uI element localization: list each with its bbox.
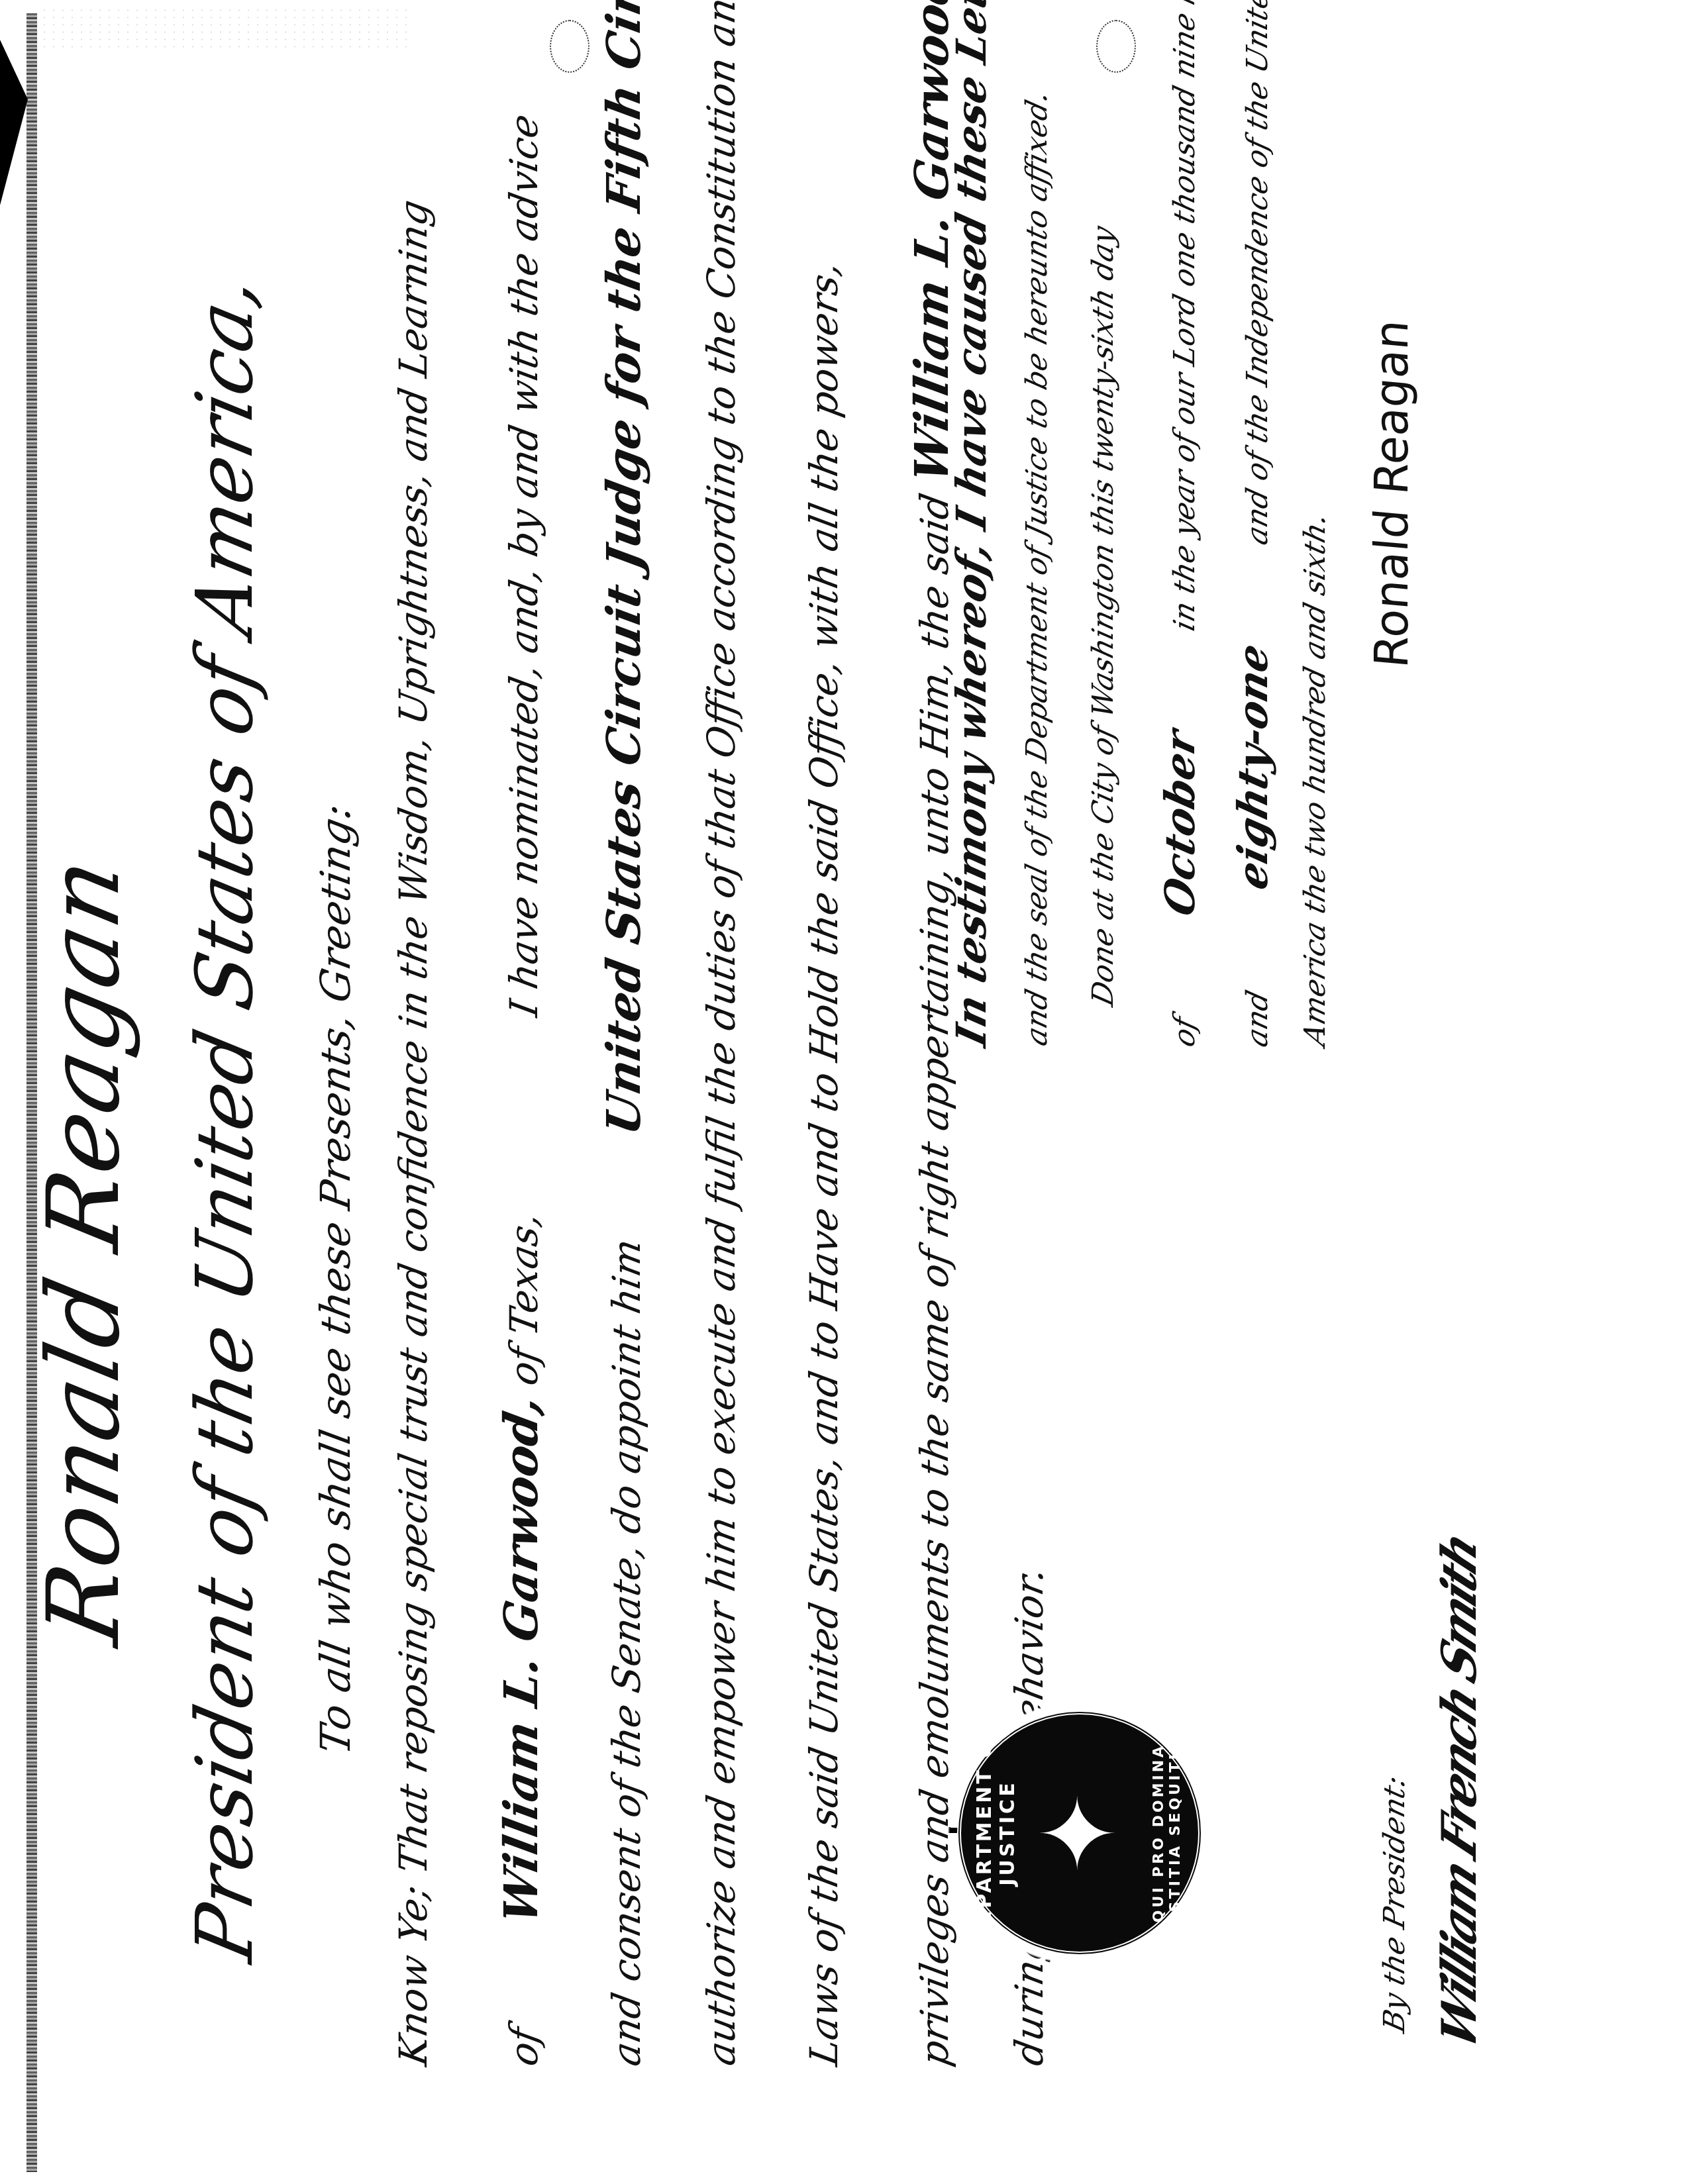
document-subtitle: President of the United States of Americ…: [179, 268, 270, 1968]
appointee-name: William L. Garwood,: [493, 1391, 548, 1927]
testimony-line-2: and the seal of the Department of Justic…: [1020, 87, 1054, 1049]
rotated-commission: Ronald Reagan President of the United St…: [0, 0, 1689, 2184]
testimony-line-3: Done at the City of Washington this twen…: [1086, 223, 1120, 1009]
testimony-line-4-post: in the year of our Lord one thousand nin…: [1168, 0, 1202, 634]
body-line-2: of William L. Garwood, of Texas, I have …: [493, 109, 548, 2069]
testimony-of: of: [1168, 1014, 1202, 1050]
body-line-1: Know Ye; That reposing special trust and…: [391, 197, 436, 2069]
testimony-line-5-post: and of the Independence of the United St…: [1241, 0, 1274, 548]
year: eighty-one: [1229, 638, 1277, 894]
body-line-5: Laws of the said United States, and to H…: [801, 258, 846, 2069]
body-line-2-post: I have nominated, and, by and with the a…: [501, 111, 546, 1020]
testimony-line-1: In testimony whereof, I have caused thes…: [947, 0, 996, 1051]
document-title: Ronald Reagan: [26, 847, 142, 1653]
commission-page: Ronald Reagan President of the United St…: [0, 0, 1689, 2184]
seal-top-text: DEPARTMENT OF JUSTICE: [973, 1714, 1019, 1952]
testimony-line-5: and eighty-one and of the Independence o…: [1229, 0, 1277, 1051]
greeting: To all who shall see these Presents, Gre…: [311, 800, 360, 1758]
month: October: [1156, 725, 1204, 920]
body-of: of: [501, 2024, 546, 2069]
by-the-president-label: By the President:: [1378, 1772, 1411, 2036]
body-line-4: authorize and empower him to execute and…: [699, 0, 744, 2069]
body-line-3: and consent of the Senate, do appoint hi…: [596, 0, 651, 2069]
seal-motto: QUI PRO DOMINA JUSTITIA SEQUITUR: [1151, 1714, 1184, 1952]
testimony-line-4: of October in the year of our Lord one t…: [1156, 0, 1204, 1051]
testimony-line-6: America the two hundred and sixth.: [1298, 510, 1332, 1050]
testimony-and: and: [1241, 987, 1274, 1050]
attorney-general-signature: William French Smith: [1431, 1525, 1487, 2058]
testimony-line-1-text: In testimony whereof, I have caused thes…: [947, 0, 996, 1051]
president-signature: Ronald Reagan: [1364, 318, 1419, 670]
eagle-icon: ✦: [1022, 1791, 1137, 1875]
body-line-3-pre: and consent of the Senate, do appoint hi…: [604, 1236, 649, 2069]
office-title: United States Circuit Judge for the Fift…: [596, 0, 651, 1139]
appointee-state: of Texas,: [501, 1209, 546, 1389]
department-of-justice-seal: DEPARTMENT OF JUSTICE ✦ QUI PRO DOMINA J…: [957, 1711, 1202, 1956]
